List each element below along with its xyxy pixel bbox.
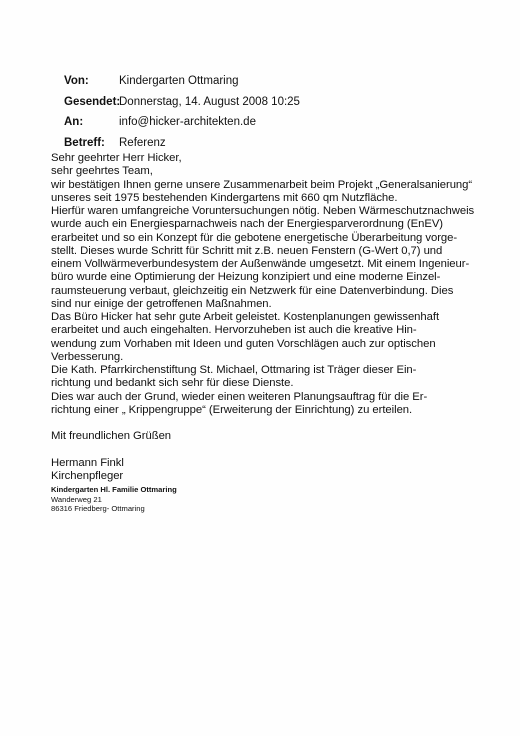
letter-page: Von:Kindergarten Ottmaring Gesendet:Donn… — [0, 0, 520, 736]
body-line: unseres seit 1975 bestehenden Kindergart… — [51, 192, 520, 205]
signature-organization: Kindergarten Hl. Familie Ottmaring — [51, 485, 177, 495]
spacer — [51, 417, 520, 430]
signature-street: Wanderweg 21 — [51, 495, 177, 505]
subject-label: Betreff: — [64, 133, 119, 154]
signer-name: Hermann Finkl — [51, 457, 520, 470]
header-from-row: Von:Kindergarten Ottmaring — [64, 71, 300, 92]
body-line: richtung einer „ Krippengruppe“ (Erweite… — [51, 404, 520, 417]
header-subject-row: Betreff:Referenz — [64, 133, 300, 154]
email-header: Von:Kindergarten Ottmaring Gesendet:Donn… — [64, 71, 300, 154]
to-label: An: — [64, 112, 119, 133]
letter-body: Sehr geehrter Herr Hicker, sehr geehrtes… — [51, 152, 520, 483]
from-label: Von: — [64, 71, 119, 92]
body-line: wendung zum Vorhaben mit Ideen und guten… — [51, 338, 520, 351]
body-line: richtung und bedankt sich sehr für diese… — [51, 377, 520, 390]
body-line: raumsteuerung verbaut, gleichzeitig ein … — [51, 285, 520, 298]
subject-value: Referenz — [119, 133, 166, 154]
closing: Mit freundlichen Grüßen — [51, 430, 520, 443]
body-line: Dies war auch der Grund, wieder einen we… — [51, 391, 520, 404]
to-value: info@hicker-architekten.de — [119, 112, 256, 133]
spacer — [51, 444, 520, 457]
body-line: Das Büro Hicker hat sehr gute Arbeit gel… — [51, 311, 520, 324]
body-line: Verbesserung. — [51, 351, 520, 364]
body-line: Die Kath. Pfarrkirchenstiftung St. Micha… — [51, 364, 520, 377]
body-line: Hierfür waren umfangreiche Voruntersuchu… — [51, 205, 520, 218]
body-line: sind nur einige der getroffenen Maßnahme… — [51, 298, 520, 311]
header-sent-row: Gesendet:Donnerstag, 14. August 2008 10:… — [64, 92, 300, 113]
body-line: Sehr geehrter Herr Hicker, — [51, 152, 520, 165]
body-line: sehr geehrtes Team, — [51, 165, 520, 178]
body-line: wir bestätigen Ihnen gerne unsere Zusamm… — [51, 179, 520, 192]
signature-block: Kindergarten Hl. Familie Ottmaring Wande… — [51, 485, 177, 514]
body-line: stellt. Dieses wurde Schritt für Schritt… — [51, 245, 520, 258]
body-line: büro wurde eine Optimierung der Heizung … — [51, 271, 520, 284]
header-to-row: An:info@hicker-architekten.de — [64, 112, 300, 133]
from-value: Kindergarten Ottmaring — [119, 71, 239, 92]
signer-title: Kirchenpfleger — [51, 470, 520, 483]
body-line: erarbeitet und auch eingehalten. Hervorz… — [51, 324, 520, 337]
sent-value: Donnerstag, 14. August 2008 10:25 — [119, 92, 300, 113]
sent-label: Gesendet: — [64, 92, 119, 113]
body-line: wurde auch ein Energiesparnachweis nach … — [51, 218, 520, 231]
signature-city: 86316 Friedberg- Ottmaring — [51, 504, 177, 514]
body-line: einem Vollwärmeverbundesystem der Außenw… — [51, 258, 520, 271]
body-line: erarbeitet und so ein Konzept für die ge… — [51, 232, 520, 245]
